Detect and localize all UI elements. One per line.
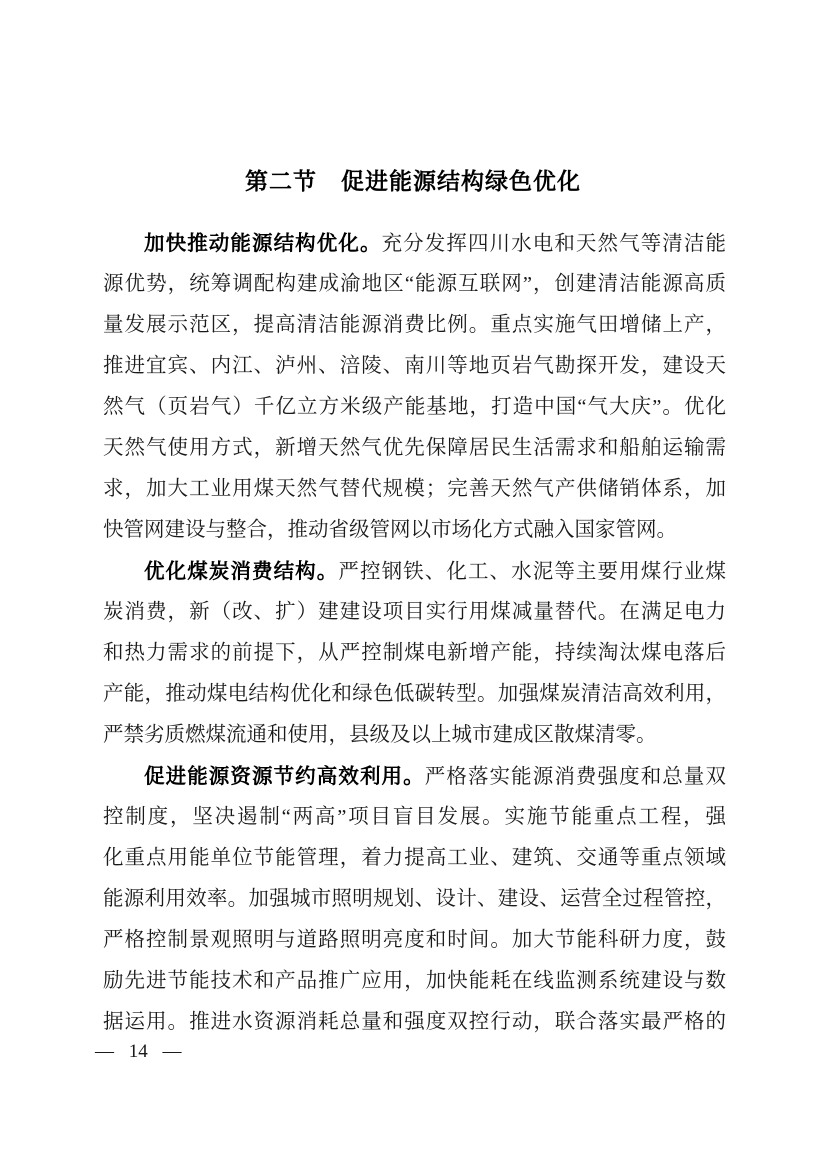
page-number: — 14 — (95, 1041, 182, 1062)
paragraph-3-line-6: 励先进节能技术和产品推广应用，加快能耗在线监测系统建设与数 (103, 961, 726, 1002)
line-text: 推进宜宾、内江、泸州、涪陵、南川等地页岩气勘探开发，建设天 (103, 355, 726, 377)
line-text: 产能，推动煤电结构优化和绿色低碳转型。加强煤炭清洁高效利用， (103, 683, 726, 705)
paragraph-2-line-5: 严禁劣质燃煤流通和使用，县级及以上城市建成区散煤清零。 (103, 715, 726, 756)
paragraph-1-line-7: 求，加大工业用煤天然气替代规模；完善天然气产供储销体系，加 (103, 469, 726, 510)
line-text: 求，加大工业用煤天然气替代规模；完善天然气产供储销体系，加 (103, 478, 726, 500)
line-text: 充分发挥四川水电和天然气等清洁能 (382, 233, 726, 255)
document-page: 第二节 促进能源结构绿色优化 加快推动能源结构优化。充分发挥四川水电和天然气等清… (0, 0, 826, 1169)
paragraph-2-lead: 优化煤炭消费结构。 (144, 560, 338, 583)
section-title: 第二节 促进能源结构绿色优化 (0, 167, 826, 195)
line-text: 能源利用效率。加强城市照明规划、设计、建设、运营全过程管控， (103, 888, 726, 910)
page-footer: — 14 — (95, 1040, 182, 1064)
paragraph-3-line-7: 据运用。推进水资源消耗总量和强度双控行动，联合落实最严格的 (103, 1002, 726, 1043)
paragraph-3-line-4: 能源利用效率。加强城市照明规划、设计、建设、运营全过程管控， (103, 879, 726, 920)
paragraph-3-lead: 促进能源资源节约高效利用。 (144, 765, 425, 788)
line-text: 和热力需求的前提下，从严控制煤电新增产能，持续淘汰煤电落后 (103, 642, 726, 664)
paragraph-1-line-8: 快管网建设与整合，推动省级管网以市场化方式融入国家管网。 (103, 510, 726, 551)
line-text: 励先进节能技术和产品推广应用，加快能耗在线监测系统建设与数 (103, 970, 726, 992)
line-text: 快管网建设与整合，推动省级管网以市场化方式融入国家管网。 (103, 519, 677, 541)
line-text: 量发展示范区，提高清洁能源消费比例。重点实施气田增储上产， (103, 314, 726, 336)
paragraph-2-line-2: 炭消费，新（改、扩）建建设项目实行用煤减量替代。在满足电力 (103, 592, 726, 633)
paragraph-1-lead: 加快推动能源结构优化。 (144, 232, 382, 255)
paragraph-1-line-3: 量发展示范区，提高清洁能源消费比例。重点实施气田增储上产， (103, 305, 726, 346)
paragraph-1-line-5: 然气（页岩气）千亿立方米级产能基地，打造中国“气大庆”。优化 (103, 387, 726, 428)
paragraph-3-line-1: 促进能源资源节约高效利用。严格落实能源消费强度和总量双 (103, 756, 726, 797)
line-text: 严格落实能源消费强度和总量双 (425, 766, 726, 788)
line-text: 源优势，统筹调配构建成渝地区“能源互联网”，创建清洁能源高质 (103, 273, 726, 295)
line-text: 严格控制景观照明与道路照明亮度和时间。加大节能科研力度，鼓 (103, 929, 726, 951)
line-text: 严禁劣质燃煤流通和使用，县级及以上城市建成区散煤清零。 (103, 724, 657, 746)
line-text: 化重点用能单位节能管理，着力提高工业、建筑、交通等重点领域 (103, 847, 726, 869)
paragraph-1-line-2: 源优势，统筹调配构建成渝地区“能源互联网”，创建清洁能源高质 (103, 264, 726, 305)
paragraph-2-line-1: 优化煤炭消费结构。严控钢铁、化工、水泥等主要用煤行业煤 (103, 551, 726, 592)
paragraph-3-line-2: 控制度，坚决遏制“两高”项目盲目发展。实施节能重点工程，强 (103, 797, 726, 838)
paragraph-2-line-4: 产能，推动煤电结构优化和绿色低碳转型。加强煤炭清洁高效利用， (103, 674, 726, 715)
line-text: 控制度，坚决遏制“两高”项目盲目发展。实施节能重点工程，强 (103, 806, 726, 828)
document-body: 加快推动能源结构优化。充分发挥四川水电和天然气等清洁能 源优势，统筹调配构建成渝… (103, 223, 726, 1043)
paragraph-3-line-3: 化重点用能单位节能管理，着力提高工业、建筑、交通等重点领域 (103, 838, 726, 879)
paragraph-2-line-3: 和热力需求的前提下，从严控制煤电新增产能，持续淘汰煤电落后 (103, 633, 726, 674)
line-text: 然气（页岩气）千亿立方米级产能基地，打造中国“气大庆”。优化 (103, 396, 726, 418)
line-text: 严控钢铁、化工、水泥等主要用煤行业煤 (338, 561, 726, 583)
paragraph-1-line-1: 加快推动能源结构优化。充分发挥四川水电和天然气等清洁能 (103, 223, 726, 264)
line-text: 炭消费，新（改、扩）建建设项目实行用煤减量替代。在满足电力 (103, 601, 726, 623)
paragraph-1-line-6: 天然气使用方式，新增天然气优先保障居民生活需求和船舶运输需 (103, 428, 726, 469)
line-text: 天然气使用方式，新增天然气优先保障居民生活需求和船舶运输需 (103, 437, 726, 459)
paragraph-1-line-4: 推进宜宾、内江、泸州、涪陵、南川等地页岩气勘探开发，建设天 (103, 346, 726, 387)
line-text: 据运用。推进水资源消耗总量和强度双控行动，联合落实最严格的 (103, 1011, 726, 1033)
paragraph-3-line-5: 严格控制景观照明与道路照明亮度和时间。加大节能科研力度，鼓 (103, 920, 726, 961)
